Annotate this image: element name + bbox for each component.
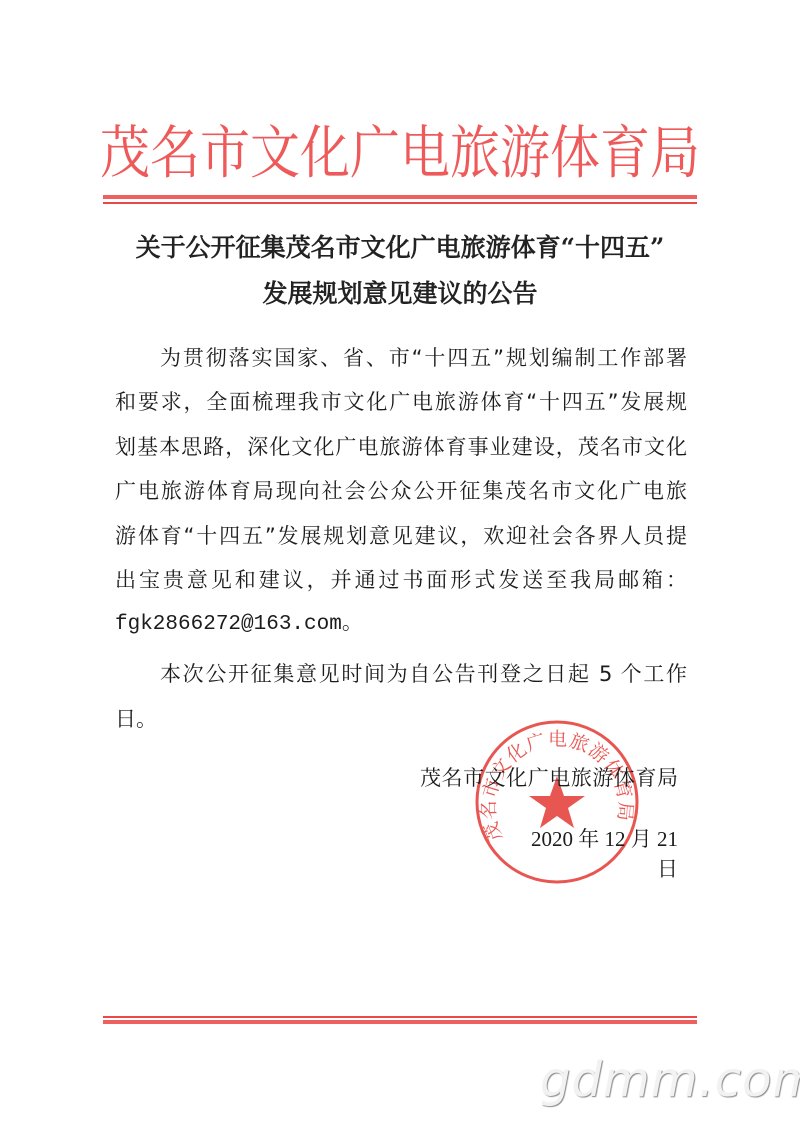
letterhead-rule-thin — [103, 202, 697, 204]
signature-org: 茂名市文化广电旅游体育局 — [420, 762, 678, 792]
signature-date: 2020 年 12 月 21 日 — [505, 823, 678, 883]
site-watermark: gdmm.com — [540, 1052, 800, 1108]
paragraph-1-line-6: 出宝贵意见和建议，并通过书面形式发送至我局邮箱： — [115, 565, 687, 595]
paragraph-1-line-2: 和要求，全面梳理我市文化广电旅游体育“十四五”发展规 — [115, 387, 687, 417]
footer-rule-thin — [103, 1016, 697, 1018]
paragraph-1-line-1: 为贯彻落实国家、省、市“十四五”规划编制工作部署 — [160, 343, 687, 373]
letterhead-rule-thick — [103, 195, 697, 199]
letterhead-org-name: 茂名市文化广电旅游体育局 — [100, 113, 700, 194]
footer-rule-thick — [103, 1020, 697, 1024]
paragraph-2-line-1: 本次公开征集意见时间为自公告刊登之日起 5 个工作 — [160, 659, 687, 689]
paragraph-1-line-4: 广电旅游体育局现向社会公众公开征集茂名市文化广电旅 — [115, 476, 687, 506]
document-title-line-2: 发展规划意见建议的公告 — [100, 274, 700, 310]
paragraph-1-line-3: 划基本思路，深化文化广电旅游体育事业建设，茂名市文化 — [115, 432, 687, 462]
document-title-line-1: 关于公开征集茂名市文化广电旅游体育“十四五” — [100, 228, 700, 264]
email-address: fgk2866272@163.com。 — [115, 610, 687, 640]
paragraph-1-line-5: 游体育“十四五”发展规划意见建议，欢迎社会各界人员提 — [115, 521, 687, 551]
